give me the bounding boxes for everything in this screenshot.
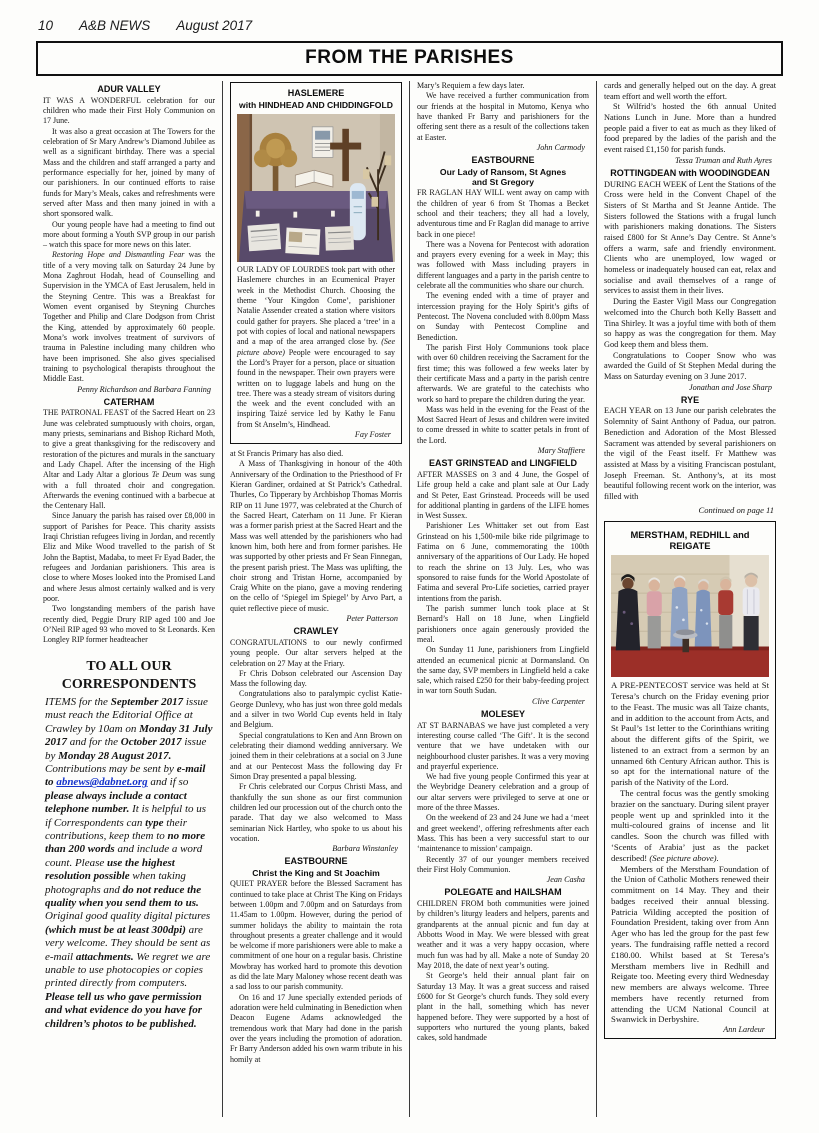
article-paragraph: Recently 37 of our younger members recei…	[417, 855, 589, 876]
article-paragraph: Fr Chris celebrated our Corpus Christi M…	[230, 782, 402, 844]
heading-haslemere: HASLEMERE	[237, 88, 395, 99]
heading-merstham-line2: REIGATE	[670, 540, 711, 551]
article-paragraph: On Sunday 11 June, parishioners from Lin…	[417, 645, 589, 697]
article-paragraph: St Wilfrid’s hosted the 6th annual Unite…	[604, 102, 776, 155]
byline: Jean Casha	[417, 875, 589, 884]
subheading-haslemere: with HINDHEAD AND CHIDDINGFOLD	[237, 100, 395, 110]
heading-crawley: CRAWLEY	[230, 626, 402, 637]
article-paragraph: IT WAS A WONDERFUL celebration for our c…	[43, 96, 215, 127]
article-paragraph: A PRE-PENTECOST service was held at St T…	[611, 680, 769, 788]
byline: Fay Foster	[237, 430, 395, 439]
merstham-photo	[611, 555, 769, 677]
notice-body: ITEMS for the September 2017 issue must …	[45, 696, 213, 1031]
article-paragraph: AFTER MASSES on 3 and 4 June, the Gospel…	[417, 470, 589, 522]
article-paragraph: OUR LADY OF LOURDES took part with other…	[237, 265, 395, 430]
heading-rottingdean: ROTTINGDEAN with WOODINGDEAN	[604, 168, 776, 179]
heading-east-grinstead: EAST GRINSTEAD and LINGFIELD	[417, 458, 589, 469]
article-paragraph: cards and generally helped out on the da…	[604, 81, 776, 102]
article-paragraph: CONGRATULATIONS to our newly confirmed y…	[230, 638, 402, 669]
article-paragraph: During the Easter Vigil Mass our Congreg…	[604, 297, 776, 350]
article-paragraph: There was a Novena for Pentecost with ad…	[417, 240, 589, 292]
page-header: 10 A&B NEWS August 2017	[36, 12, 783, 37]
heading-molesey: MOLESEY	[417, 709, 589, 720]
heading-polegate: POLEGATE and HAILSHAM	[417, 887, 589, 898]
article-paragraph: We have received a further communication…	[417, 91, 589, 143]
article-paragraph: Fr Chris Dobson celebrated our Ascension…	[230, 669, 402, 690]
article-paragraph: St George’s held their annual plant fair…	[417, 971, 589, 1043]
byline: Jonathan and Jose Sharp	[604, 383, 776, 392]
notice-heading-line2: CORRESPONDENTS	[62, 677, 197, 692]
article-paragraph: The central focus was the gently smoking…	[611, 788, 769, 863]
article-paragraph: Restoring Hope and Dismantling Fear was …	[43, 250, 215, 384]
section-title-box: FROM THE PARISHES	[36, 41, 783, 76]
heading-merstham-line1: MERSTHAM, REDHILL and	[630, 529, 749, 540]
subheading-eastbourne-ctk: Christ the King and St Joachim	[230, 868, 402, 878]
article-paragraph: AT ST BARNABAS we have just completed a …	[417, 721, 589, 773]
article-paragraph: THE PATRONAL FEAST of the Sacred Heart o…	[43, 408, 215, 511]
article-paragraph: A Mass of Thanksgiving in honour of the …	[230, 459, 402, 614]
heading-adur-valley: ADUR VALLEY	[43, 84, 215, 95]
article-paragraph: Our young people have had a meeting to f…	[43, 220, 215, 251]
article-paragraph: The parish summer lunch took place at St…	[417, 604, 589, 645]
article-paragraph: at St Francis Primary has also died.	[230, 449, 402, 459]
byline: Penny Richardson and Barbara Fanning	[43, 385, 215, 394]
haslemere-photo	[237, 114, 395, 262]
heading-caterham: CATERHAM	[43, 397, 215, 408]
column-1: ADUR VALLEY IT WAS A WONDERFUL celebrati…	[36, 81, 222, 1117]
heading-rye: RYE	[604, 395, 776, 406]
section-title: FROM THE PARISHES	[305, 47, 514, 68]
issue-date: August 2017	[176, 18, 252, 33]
subheading-line2: and St Gregory	[472, 177, 534, 187]
page-number: 10	[38, 18, 53, 33]
notice-heading: TO ALL OUR CORRESPONDENTS	[45, 658, 213, 694]
subheading-line1: Our Lady of Ransom, St Agnes	[440, 167, 566, 177]
heading-eastbourne-olr: EASTBOURNE	[417, 155, 589, 166]
article-paragraph: Congratulations also to paralympic cycli…	[230, 689, 402, 730]
byline: Clive Carpenter	[417, 697, 589, 706]
article-paragraph: Mary’s Requiem a few days later.	[417, 81, 589, 91]
columns-area: ADUR VALLEY IT WAS A WONDERFUL celebrati…	[36, 81, 783, 1117]
newspaper-page: 10 A&B NEWS August 2017 FROM THE PARISHE…	[0, 0, 819, 1133]
byline: Mary Staffiere	[417, 446, 589, 455]
correspondents-notice: TO ALL OUR CORRESPONDENTS ITEMS for the …	[43, 658, 215, 1032]
article-paragraph: Special congratulations to Ken and Ann B…	[230, 731, 402, 783]
article-paragraph: EACH YEAR on 13 June our parish celebrat…	[604, 406, 776, 502]
article-paragraph: DURING EACH WEEK of Lent the Stations of…	[604, 180, 776, 298]
masthead: A&B NEWS	[79, 18, 150, 33]
article-paragraph: It was also a great occasion at The Towe…	[43, 127, 215, 220]
byline: John Carmody	[417, 143, 589, 152]
article-paragraph: Congratulations to Cooper Snow who was a…	[604, 351, 776, 383]
merstham-article-box: MERSTHAM, REDHILL and REIGATE	[604, 521, 776, 1040]
byline: Ann Lardeur	[611, 1025, 769, 1034]
article-paragraph: Since January the parish has raised over…	[43, 511, 215, 604]
heading-eastbourne-ctk: EASTBOURNE	[230, 856, 402, 867]
column-3: Mary’s Requiem a few days later. We have…	[409, 81, 596, 1117]
article-paragraph: Members of the Merstham Foundation of th…	[611, 864, 769, 1026]
email-link[interactable]: abnews@dabnet.org	[56, 776, 147, 788]
article-paragraph: We had five young people Confirmed this …	[417, 772, 589, 813]
heading-merstham: MERSTHAM, REDHILL and REIGATE	[611, 529, 769, 552]
article-paragraph: On the weekend of 23 and 24 June we had …	[417, 813, 589, 854]
article-paragraph: The evening ended with a time of prayer …	[417, 291, 589, 343]
article-paragraph: Two longstanding members of the parish h…	[43, 604, 215, 645]
article-paragraph: CHILDREN FROM both communities were join…	[417, 899, 589, 971]
byline: Tessa Truman and Ruth Ayres	[604, 156, 776, 165]
article-paragraph: Mass was held in the evening for the Fea…	[417, 405, 589, 446]
article-paragraph: On 16 and 17 June specially extended per…	[230, 993, 402, 1065]
article-paragraph: Parishioner Les Whittaker set out from E…	[417, 521, 589, 604]
byline: Peter Patterson	[230, 614, 402, 623]
subheading-eastbourne-olr: Our Lady of Ransom, St Agnes and St Greg…	[417, 167, 589, 188]
column-4: cards and generally helped out on the da…	[596, 81, 783, 1117]
article-paragraph: The parish First Holy Communions took pl…	[417, 343, 589, 405]
byline: Barbara Winstanley	[230, 844, 402, 853]
notice-heading-line1: TO ALL OUR	[86, 659, 171, 674]
haslemere-article-box: HASLEMERE with HINDHEAD AND CHIDDINGFOLD	[230, 82, 402, 444]
article-paragraph: FR RAGLAN HAY WILL went away on camp wit…	[417, 188, 589, 240]
column-2: HASLEMERE with HINDHEAD AND CHIDDINGFOLD	[222, 81, 409, 1117]
article-paragraph: QUIET PRAYER before the Blessed Sacramen…	[230, 879, 402, 992]
continued-note: Continued on page 11	[604, 505, 776, 515]
